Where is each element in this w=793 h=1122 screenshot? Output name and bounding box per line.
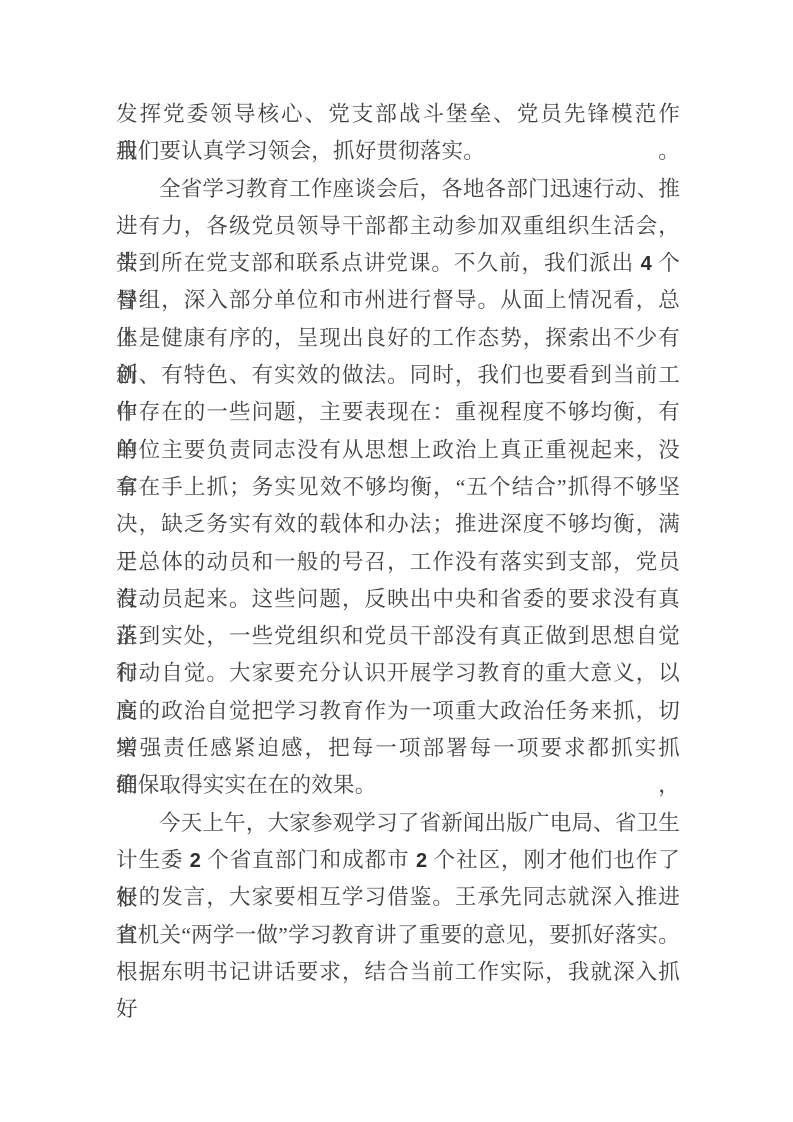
text-line: 导组，深入部分单位和市州进行督导。从面上情况看，总体 [116, 282, 680, 319]
text-line: 增强责任感紧迫感，把每一项部署每一项要求都抓实抓细， [116, 730, 680, 767]
text-line: 今天上午，大家参观学习了省新闻出版广电局、省卫生 [116, 805, 680, 842]
text-line: 行动自觉。大家要充分认识开展学习教育的重大意义，以高 [116, 655, 680, 692]
text-line: 中存在的一些问题，主要表现在：重视程度不够均衡，有的 [116, 394, 680, 431]
text-line: 上是健康有序的，呈现出良好的工作态势，探索出不少有创 [116, 320, 680, 357]
text-line: 度的政治自觉把学习教育作为一项重大政治任务来抓，切实 [116, 693, 680, 730]
text-line: 决，缺乏务实有效的载体和办法；推进深度不够均衡，满足 [116, 506, 680, 543]
text-line: 落到实处，一些党组织和党员干部没有真正做到思想自觉和 [116, 618, 680, 655]
document-page: 发挥党委领导核心、党支部战斗堡垒、党员先锋模范作用。我们要认真学习领会，抓好贯彻… [0, 0, 793, 1122]
text-line: 好的发言，大家要相互学习借鉴。王承先同志就深入推进省 [116, 879, 680, 916]
text-line: 进有力，各级党员领导干部都主动参加双重组织生活会，带 [116, 208, 680, 245]
text-line: 发挥党委领导核心、党支部战斗堡垒、党员先锋模范作用。 [116, 96, 680, 133]
text-line: 头到所在党支部和联系点讲党课。不久前，我们派出 4 个督 [116, 245, 680, 282]
text-line: 直机关“两学一做”学习教育讲了重要的意见，要抓好落实。 [116, 917, 680, 954]
text-line: 计生委 2 个省直部门和成都市 2 个社区，刚才他们也作了很 [116, 842, 680, 879]
inline-number: 2 [416, 850, 427, 872]
text-line: 于总体的动员和一般的号召，工作没有落实到支部，党员没 [116, 544, 680, 581]
text-line: 拿在手上抓；务实见效不够均衡，“五个结合”抓得不够坚 [116, 469, 680, 506]
text-body: 发挥党委领导核心、党支部战斗堡垒、党员先锋模范作用。我们要认真学习领会，抓好贯彻… [116, 96, 680, 991]
text-line: 新、有特色、有实效的做法。同时，我们也要看到当前工作 [116, 357, 680, 394]
text-line: 根据东明书记讲话要求，结合当前工作实际，我就深入抓好 [116, 954, 680, 991]
inline-number: 2 [190, 850, 201, 872]
text-line: 全省学习教育工作座谈会后，各地各部门迅速行动、推 [116, 171, 680, 208]
text-line: 单位主要负责同志没有从思想上政治上真正重视起来，没有 [116, 432, 680, 469]
text-line: 有动员起来。这些问题，反映出中央和省委的要求没有真正 [116, 581, 680, 618]
inline-number: 4 [641, 253, 652, 275]
